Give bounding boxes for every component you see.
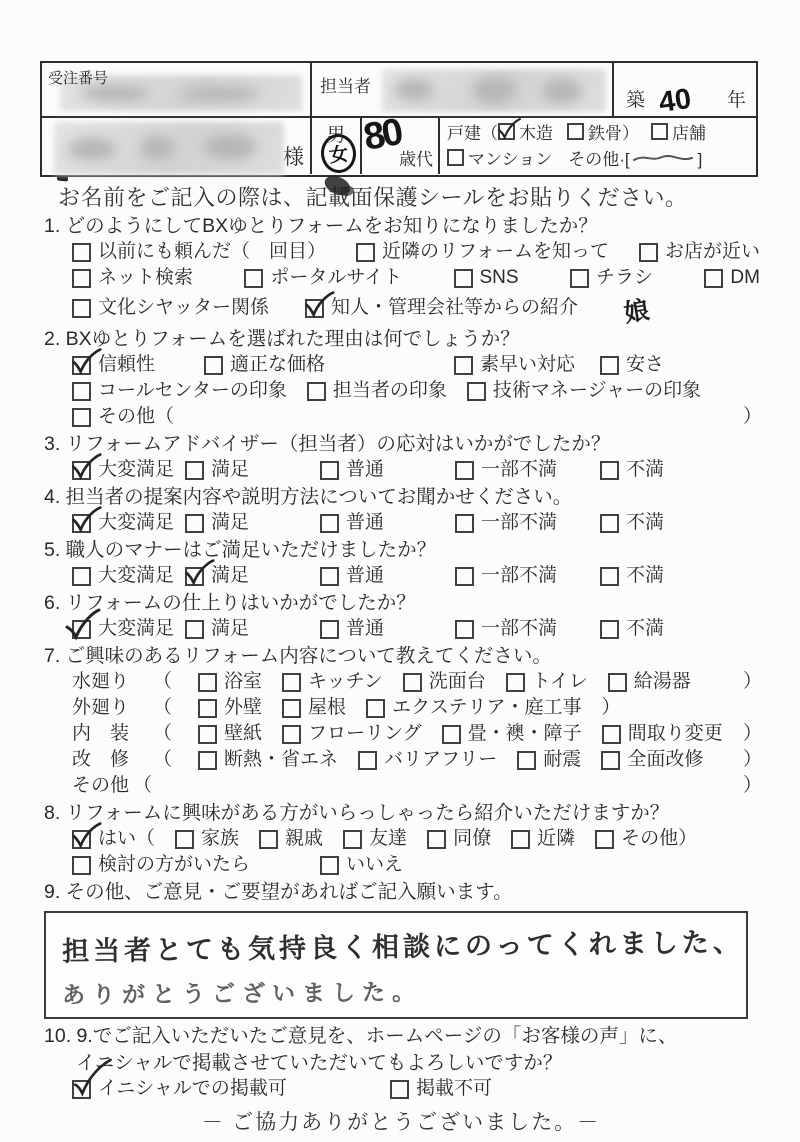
checkbox[interactable]	[320, 567, 339, 586]
handwritten-comment-line-1: 担当者とても気持良く相談にのってくれました、	[62, 920, 732, 968]
q5-option-0[interactable]: 大変満足	[72, 563, 185, 589]
checkbox[interactable]	[608, 673, 627, 692]
q7-option-dannetsu[interactable]: 断熱・省エネ	[198, 747, 338, 773]
ink-mark	[57, 175, 68, 181]
question-1-title: 1. どのようにしてBXゆとりフォームをお知りになりましたか？	[44, 213, 762, 239]
q10-option-no[interactable]: 掲載不可	[390, 1076, 760, 1102]
checkmark-icon	[65, 609, 101, 639]
q8-row-1: はい（ 家族 親戚 友達 同僚 近隣 その他）	[72, 826, 762, 852]
q7-option-madori[interactable]: 間取り変更	[602, 721, 723, 747]
paren-close: ）	[622, 124, 639, 143]
checkbox[interactable]	[72, 382, 91, 401]
tenpo-label: 店舗	[672, 124, 706, 143]
q7-option-kabegami[interactable]: 壁紙	[198, 721, 262, 747]
checkbox[interactable]	[204, 356, 223, 375]
redacted-text-blur	[140, 136, 174, 160]
q6-option-0-checked[interactable]: 大変満足	[72, 616, 185, 642]
order-number-label: 受注番号	[42, 63, 108, 88]
header-row-2: 様 男 女 80 歳代 戸建（木造鉄骨）店舗 マンションその他·[]	[42, 118, 756, 174]
handwritten-comment-line-2: ありがとうございました。	[62, 971, 732, 1010]
q8-option-tomodachi[interactable]: 友達	[343, 826, 407, 852]
redacted-text-blur	[472, 77, 516, 103]
staff-label: 担当者	[312, 63, 371, 97]
building-type-cell: 戸建（木造鉄骨）店舗 マンションその他·[]	[440, 118, 756, 174]
checkbox[interactable]	[455, 567, 474, 586]
mokuzou-label: 木造	[519, 124, 553, 143]
kodate-label: 戸建（	[447, 124, 498, 143]
checkbox[interactable]	[454, 269, 473, 288]
customer-name-cell: 様	[42, 118, 312, 174]
built-prefix-label: 築	[626, 85, 645, 112]
open-paren: （	[153, 747, 172, 773]
q10-option-ok-checked[interactable]: イニシャルでの掲載可	[72, 1076, 390, 1102]
open-paren: （	[153, 721, 172, 747]
question-10-title-line2: イニシャルで掲載させていただいてもよろしいですか？	[76, 1050, 762, 1076]
q7-option-tatami[interactable]: 畳・襖・障子	[442, 721, 582, 747]
q2-option-other[interactable]: その他（	[72, 404, 174, 430]
open-paren: （	[153, 695, 172, 721]
checkbox-mokuzou[interactable]	[498, 123, 515, 140]
q6-option-2[interactable]: 普通	[320, 616, 455, 642]
checkbox[interactable]	[282, 673, 301, 692]
q2-option-4[interactable]: コールセンターの印象	[72, 378, 287, 404]
question-7: 7. ご興味のあるリフォーム内容について教えてください。 水廻り（ 浴室 キッチ…	[40, 643, 762, 799]
checkbox-checked[interactable]	[72, 1080, 91, 1099]
checkbox[interactable]	[600, 620, 619, 639]
question-9-title: 9. その他、ご意見・ご要望があればご記入願います。	[44, 879, 762, 905]
handwritten-referral-note: 娘	[622, 297, 651, 327]
category-label: その他	[72, 773, 129, 799]
checkbox[interactable]	[442, 725, 461, 744]
gender-female-circled[interactable]: 女	[319, 132, 358, 174]
age-suffix-label: 歳代	[399, 145, 433, 170]
sonota-close: ]	[698, 150, 703, 169]
checkbox[interactable]	[320, 620, 339, 639]
q4-option-2[interactable]: 普通	[320, 510, 455, 536]
checkmark-icon	[70, 821, 102, 851]
q1-option-7[interactable]: DM	[704, 265, 760, 291]
question-10-title-line1: 10. 9.でご記入いただいたご意見を、ホームページの「お客様の声」に、	[44, 1023, 762, 1049]
q8-option-shinseki[interactable]: 親戚	[259, 826, 323, 852]
q2-option-2[interactable]: 素早い対応	[454, 352, 600, 378]
q3-option-2[interactable]: 普通	[320, 457, 455, 483]
open-paren: （	[153, 669, 172, 695]
checkbox[interactable]	[356, 243, 375, 262]
question-4-title: 4. 担当者の提案内容や説明方法についてお聞かせください。	[44, 484, 762, 510]
checkbox[interactable]	[320, 514, 339, 533]
question-10: 10. 9.でご記入いただいたご意見を、ホームページの「お客様の声」に、 イニシ…	[40, 1023, 762, 1136]
q7-option-toilet[interactable]: トイレ	[506, 669, 588, 695]
checkmark-icon	[70, 505, 102, 535]
customer-suffix-label: 様	[283, 141, 304, 171]
checkbox[interactable]	[390, 1080, 409, 1099]
checkbox[interactable]	[358, 751, 377, 770]
question-2-title: 2. BXゆとりフォームを選ばれた理由は何でしょうか？	[44, 326, 762, 352]
q5-option-4[interactable]: 不満	[600, 563, 760, 589]
q5-option-1-checked[interactable]: 満足	[185, 563, 320, 589]
q1-option-2[interactable]: お店が近い	[639, 239, 760, 265]
building-line-1: 戸建（木造鉄骨）店舗	[447, 121, 752, 147]
built-years-handwritten: 40	[657, 83, 694, 120]
question-7-title: 7. ご興味のあるリフォーム内容について教えてください。	[44, 643, 762, 669]
checkbox[interactable]	[185, 461, 204, 480]
question-3-title: 3. リフォームアドバイザー（担当者）の応対はいかがでしたか？	[44, 431, 762, 457]
closing-message: － ご協力ありがとうございました。－	[40, 1106, 762, 1136]
handwritten-dash	[632, 152, 696, 164]
question-2: 2. BXゆとりフォームを選ばれた理由は何でしょうか？ 信頼性 適正な価格 素早…	[40, 326, 762, 430]
checkbox-tekkotsu[interactable]	[567, 123, 584, 140]
checkbox[interactable]	[467, 382, 486, 401]
checkbox-tenpo[interactable]	[651, 123, 668, 140]
q1-row-2: ネット検索 ポータルサイト SNS チラシ DM	[72, 265, 760, 291]
checkmark-icon	[183, 558, 215, 588]
age-cell[interactable]: 80 歳代	[362, 118, 440, 174]
q4-option-4[interactable]: 不満	[600, 510, 760, 536]
checkbox[interactable]	[185, 620, 204, 639]
checkbox[interactable]	[506, 673, 525, 692]
q3-option-1[interactable]: 満足	[185, 457, 320, 483]
q7-option-kitchen[interactable]: キッチン	[282, 669, 383, 695]
checkbox-checked[interactable]	[72, 830, 91, 849]
redacted-text-blur	[204, 134, 256, 160]
question-3: 3. リフォームアドバイザー（担当者）の応対はいかがでしたか？ 大変満足 満足 …	[40, 431, 762, 483]
q6-options: 大変満足 満足 普通 一部不満 不満	[72, 616, 760, 642]
q1-option-1[interactable]: 近隣のリフォームを知って	[356, 239, 609, 265]
q7-option-yokushitsu[interactable]: 浴室	[198, 669, 262, 695]
q7-row-mizumawari: 水廻り（ 浴室 キッチン 洗面台 トイレ 給湯器 ）	[72, 669, 762, 695]
q2-option-0-checked[interactable]: 信頼性	[72, 352, 204, 378]
checkbox[interactable]	[403, 673, 422, 692]
form-body: お名前をご記入の際は、記載面保護シールをお貼りください。 1. どのようにしてB…	[40, 184, 762, 1136]
q8-option-kinrin[interactable]: 近隣	[511, 826, 575, 852]
checkbox[interactable]	[455, 461, 474, 480]
checkbox[interactable]	[517, 751, 536, 770]
building-age-cell[interactable]: 築 40 年	[614, 63, 756, 116]
question-8-title: 8. リフォームに興味がある方がいらっしゃったら紹介いただけますか？	[44, 800, 762, 826]
q3-option-3[interactable]: 一部不満	[455, 457, 600, 483]
tekkotsu-label: 鉄骨	[588, 124, 622, 143]
category-label: 改 修	[72, 747, 129, 773]
checkbox[interactable]	[185, 514, 204, 533]
q7-option-taishin[interactable]: 耐震	[517, 747, 581, 773]
q8-option-doryo[interactable]: 同僚	[427, 826, 491, 852]
q6-option-4[interactable]: 不満	[600, 616, 760, 642]
q2-row-1: 信頼性 適正な価格 素早い対応 安さ	[72, 352, 760, 378]
q7-row-sotomawari: 外廻り（ 外壁 屋根 エクステリア・庭工事 ）	[72, 695, 762, 721]
checkbox-checked[interactable]	[305, 299, 324, 318]
q8-option-yes-checked[interactable]: はい（	[72, 826, 155, 852]
q1-option-3[interactable]: ネット検索	[72, 265, 193, 291]
close-paren: ）	[743, 721, 762, 747]
checkbox[interactable]	[320, 461, 339, 480]
q1-option-9-checked[interactable]: 知人・管理会社等からの紹介	[305, 295, 578, 321]
question-6: 6. リフォームの仕上りはいかがでしたか？ 大変満足 満足 普通 一部不満 不満	[40, 590, 762, 642]
checkmark-icon	[70, 452, 102, 482]
q5-option-3[interactable]: 一部不満	[455, 563, 600, 589]
checkmark-icon	[496, 115, 522, 145]
checkbox[interactable]	[600, 356, 619, 375]
checkbox-checked[interactable]	[185, 567, 204, 586]
checkbox[interactable]	[72, 243, 91, 262]
q6-option-1[interactable]: 満足	[185, 616, 320, 642]
q8-option-iie[interactable]: いいえ	[320, 852, 760, 878]
category-label: 外廻り	[72, 695, 129, 721]
checkbox-checked[interactable]	[72, 620, 91, 639]
checkbox[interactable]	[454, 356, 473, 375]
q7-option-kyutoki[interactable]: 給湯器	[608, 669, 691, 695]
question-9: 9. その他、ご意見・ご要望があればご記入願います。 担当者とても気持良く相談に…	[40, 879, 762, 1019]
q3-options: 大変満足 満足 普通 一部不満 不満	[72, 457, 760, 483]
gender-cell[interactable]: 男 女	[312, 118, 362, 174]
q7-option-senmendai[interactable]: 洗面台	[403, 669, 486, 695]
header-table: 受注番号 担当者 築 40 年	[40, 61, 758, 177]
checkbox[interactable]	[72, 299, 91, 318]
checkbox[interactable]	[455, 514, 474, 533]
close-paren: ）	[743, 747, 762, 773]
redacted-text-blur	[68, 138, 116, 160]
checkbox[interactable]	[198, 725, 217, 744]
redacted-customer-name	[54, 122, 284, 175]
checkbox[interactable]	[72, 856, 91, 875]
checkbox-checked[interactable]	[72, 514, 91, 533]
checkbox[interactable]	[427, 830, 446, 849]
sonota-label: その他·[	[568, 150, 629, 169]
building-line-2: マンションその他·[]	[447, 147, 752, 173]
redacted-text-blur	[394, 79, 434, 101]
q4-option-1[interactable]: 満足	[185, 510, 320, 536]
question-8: 8. リフォームに興味がある方がいらっしゃったら紹介いただけますか？ はい（ 家…	[40, 800, 762, 878]
checkbox[interactable]	[602, 725, 621, 744]
q2-option-3[interactable]: 安さ	[600, 352, 760, 378]
q8-row-2: 検討の方がいたら いいえ	[72, 852, 760, 878]
checkbox[interactable]	[600, 514, 619, 533]
gender-female-label: 女	[328, 139, 350, 168]
notice-line: お名前をご記入の際は、記載面保護シールをお貼りください。	[58, 184, 762, 212]
q4-options: 大変満足 満足 普通 一部不満 不満	[72, 510, 760, 536]
q2-row-2: コールセンターの印象 担当者の印象 技術マネージャーの印象	[72, 378, 762, 404]
question-5: 5. 職人のマナーはご満足いただけましたか？ 大変満足 満足 普通 一部不満 不…	[40, 537, 762, 589]
checkbox[interactable]	[600, 567, 619, 586]
checkbox[interactable]	[455, 620, 474, 639]
checkmark-icon	[303, 290, 335, 320]
checkbox[interactable]	[704, 269, 723, 288]
redacted-staff-name	[382, 69, 606, 112]
checkbox-checked[interactable]	[72, 356, 91, 375]
notice-text: お名前をご記入の際は、記載面保護シールをお貼りください。	[58, 185, 688, 210]
q4-option-3[interactable]: 一部不満	[455, 510, 600, 536]
comments-box[interactable]: 担当者とても気持良く相談にのってくれました、 ありがとうございました。	[44, 911, 748, 1019]
checkbox[interactable]	[72, 408, 91, 427]
question-4: 4. 担当者の提案内容や説明方法についてお聞かせください。 大変満足 満足 普通…	[40, 484, 762, 536]
checkbox[interactable]	[595, 830, 614, 849]
header-row-1: 受注番号 担当者 築 40 年	[42, 63, 756, 118]
q1-option-4[interactable]: ポータルサイト	[244, 265, 402, 291]
q2-option-5[interactable]: 担当者の印象	[307, 378, 447, 404]
q7-option-barrierfree[interactable]: バリアフリー	[358, 747, 497, 773]
checkbox-mansion[interactable]	[447, 149, 464, 166]
q1-option-6[interactable]: チラシ	[570, 265, 653, 291]
checkbox[interactable]	[639, 243, 658, 262]
close-paren: ）	[602, 695, 621, 721]
checkbox[interactable]	[511, 830, 530, 849]
checkbox-checked[interactable]	[72, 461, 91, 480]
q4-option-0-checked[interactable]: 大変満足	[72, 510, 185, 536]
checkbox[interactable]	[366, 699, 385, 718]
redacted-text-blur	[542, 79, 582, 103]
age-handwritten: 80	[361, 111, 404, 160]
q8-option-kento[interactable]: 検討の方がいたら	[72, 852, 320, 878]
other-close-paren: ）	[743, 404, 762, 430]
staff-cell: 担当者	[312, 63, 614, 116]
q7-option-exterior[interactable]: エクステリア・庭工事	[366, 695, 581, 721]
redacted-text-blur	[180, 87, 260, 101]
question-5-title: 5. 職人のマナーはご満足いただけましたか？	[44, 537, 762, 563]
q8-option-sonota[interactable]: その他）	[595, 826, 697, 852]
checkmark-icon	[70, 347, 102, 377]
checkbox[interactable]	[72, 269, 91, 288]
checkbox[interactable]	[198, 699, 217, 718]
question-6-title: 6. リフォームの仕上りはいかがでしたか？	[44, 590, 762, 616]
checkbox[interactable]	[282, 725, 301, 744]
q1-option-8[interactable]: 文化シヤッター関係	[72, 295, 269, 321]
category-label: 水廻り	[72, 669, 129, 695]
question-1: 1. どのようにしてBXゆとりフォームをお知りになりましたか？ 以前にも頼んだ（…	[40, 213, 762, 325]
q3-option-4[interactable]: 不満	[600, 457, 760, 483]
open-paren: （	[133, 773, 152, 799]
q7-option-zenmen[interactable]: 全面改修	[601, 747, 703, 773]
q1-option-0[interactable]: 以前にも頼んだ（ 回目）	[72, 239, 326, 265]
close-paren: ）	[743, 669, 762, 695]
checkbox[interactable]	[570, 269, 589, 288]
checkbox[interactable]	[600, 461, 619, 480]
q2-row-3: その他（ ）	[72, 404, 762, 430]
close-paren: ）	[743, 773, 762, 799]
checkbox[interactable]	[343, 830, 362, 849]
checkbox[interactable]	[259, 830, 278, 849]
q5-options: 大変満足 満足 普通 一部不満 不満	[72, 563, 760, 589]
q2-option-1[interactable]: 適正な価格	[204, 352, 454, 378]
q2-option-6[interactable]: 技術マネージャーの印象	[467, 378, 701, 404]
q7-row-kaishu: 改 修（ 断熱・省エネ バリアフリー 耐震 全面改修 ）	[72, 747, 762, 773]
q6-option-3[interactable]: 一部不満	[455, 616, 600, 642]
built-suffix-label: 年	[727, 85, 746, 112]
q8-option-kazoku[interactable]: 家族	[175, 826, 239, 852]
q7-row-naiso: 内 装（ 壁紙 フローリング 畳・襖・障子 間取り変更 ）	[72, 721, 762, 747]
checkbox[interactable]	[175, 830, 194, 849]
checkbox[interactable]	[282, 699, 301, 718]
q1-row-1: 以前にも頼んだ（ 回目） 近隣のリフォームを知って お店が近い	[72, 239, 760, 265]
mansion-label: マンション	[468, 150, 552, 169]
q3-option-0-checked[interactable]: 大変満足	[72, 457, 185, 483]
q7-option-gaiheki[interactable]: 外壁	[198, 695, 262, 721]
q7-option-flooring[interactable]: フローリング	[282, 721, 422, 747]
q5-option-2[interactable]: 普通	[320, 563, 455, 589]
close-paren: ）	[678, 826, 697, 852]
checkbox[interactable]	[198, 673, 217, 692]
q7-option-yane[interactable]: 屋根	[282, 695, 346, 721]
checkmark-icon	[70, 1067, 114, 1097]
q10-options: イニシャルでの掲載可 掲載不可	[72, 1076, 760, 1102]
checkbox[interactable]	[72, 567, 91, 586]
q7-row-sonota: その他（ ）	[72, 773, 762, 799]
category-label: 内 装	[72, 721, 129, 747]
checkbox[interactable]	[244, 269, 263, 288]
checkbox[interactable]	[320, 856, 339, 875]
checkbox[interactable]	[198, 751, 217, 770]
survey-form-page: 受注番号 担当者 築 40 年	[0, 0, 800, 1142]
q1-option-5[interactable]: SNS	[454, 265, 519, 291]
checkbox[interactable]	[601, 751, 620, 770]
q1-row-3: 文化シヤッター関係 知人・管理会社等からの紹介 娘	[72, 291, 762, 325]
order-number-cell: 受注番号	[42, 63, 312, 116]
checkbox[interactable]	[307, 382, 326, 401]
